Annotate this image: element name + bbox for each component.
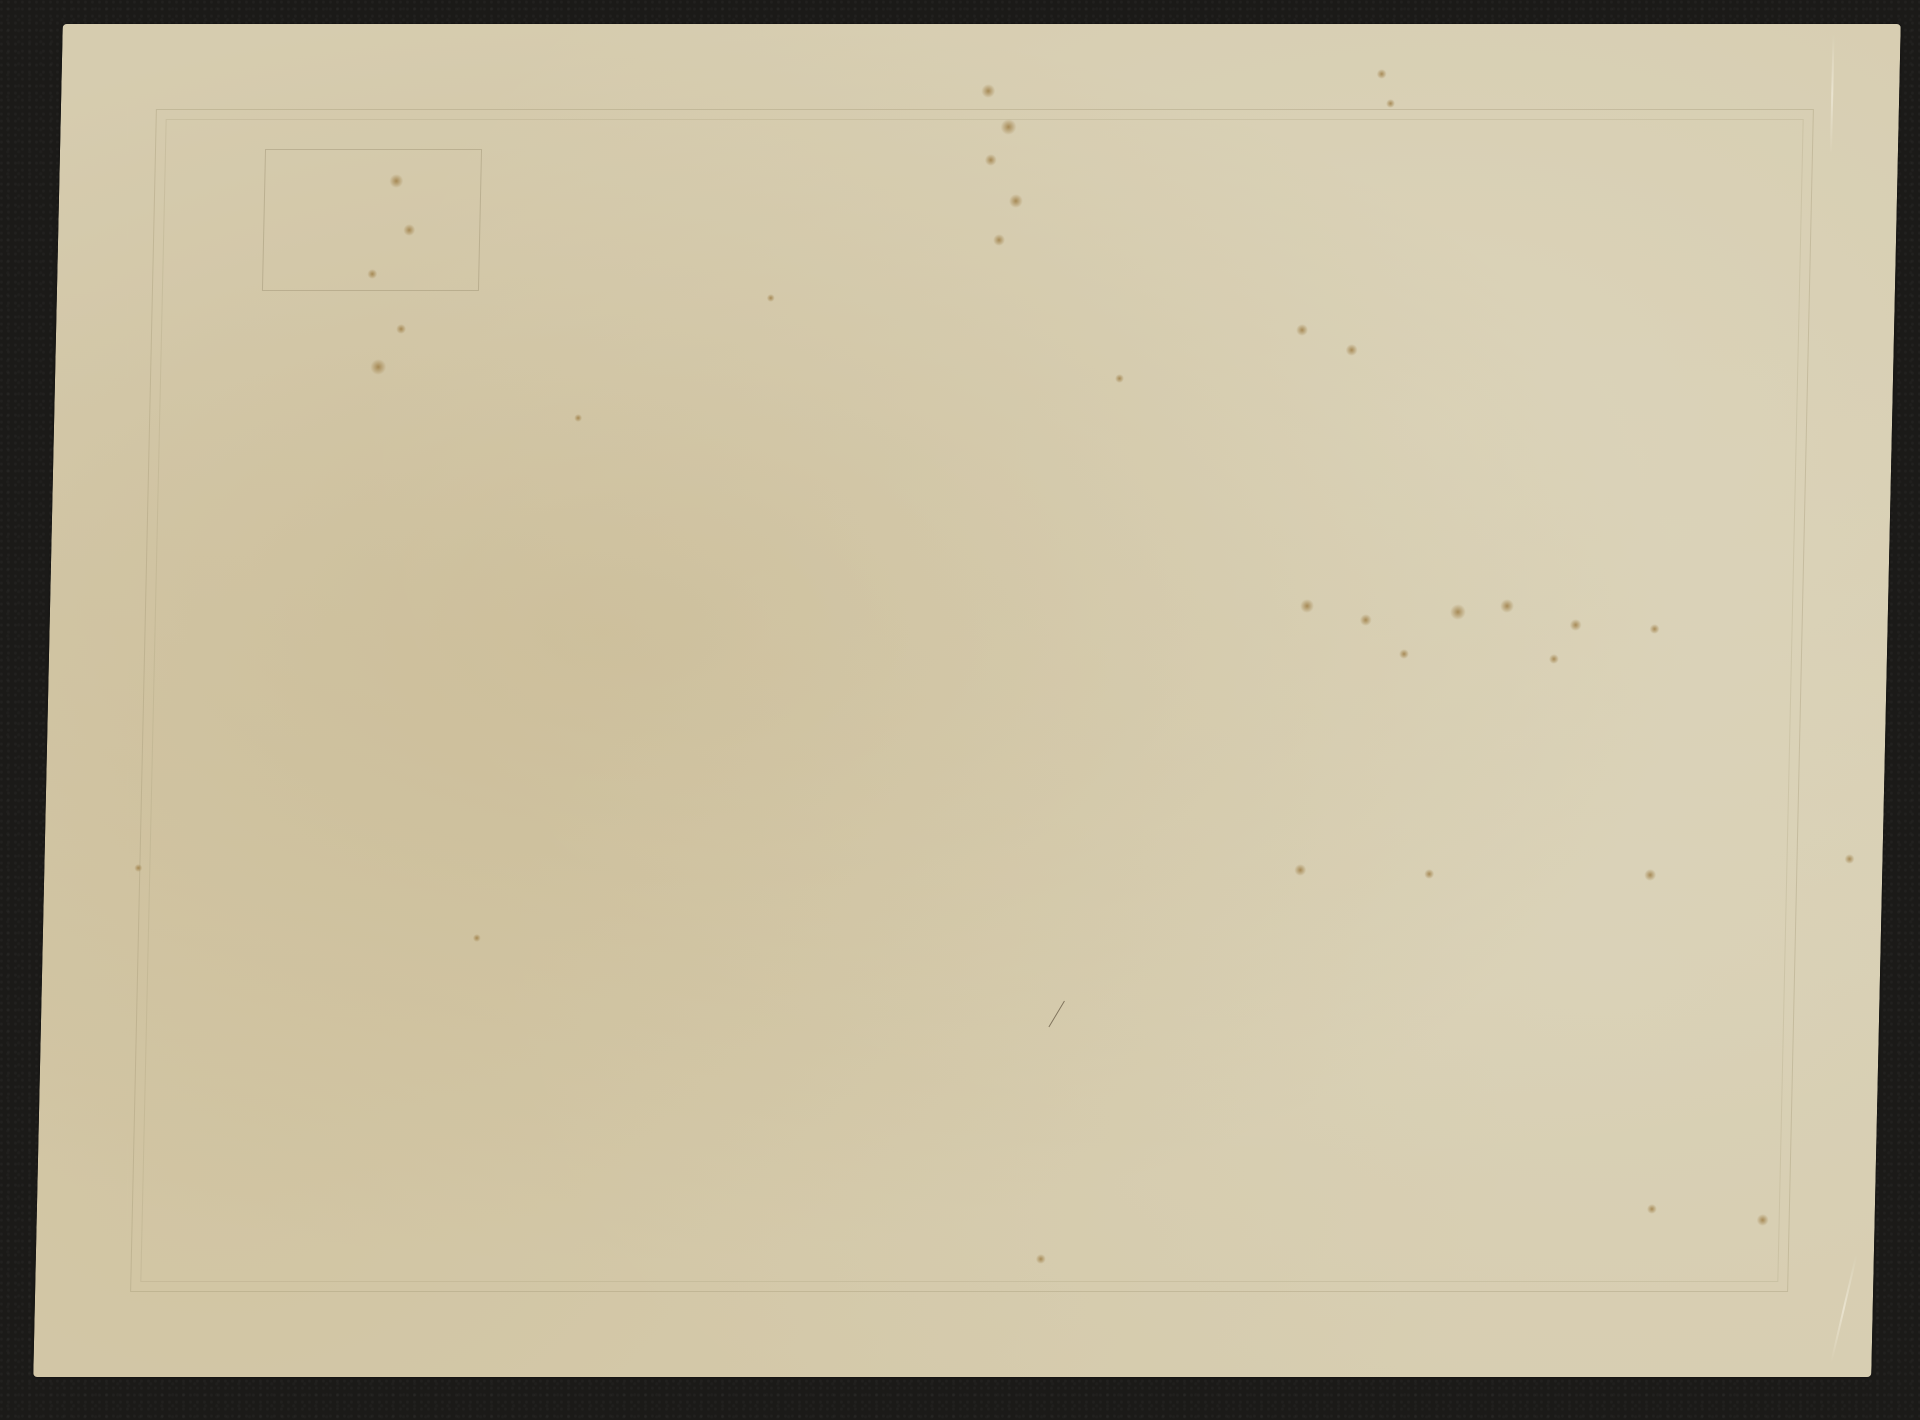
foxing-spot bbox=[1377, 69, 1387, 79]
foxing-spot bbox=[981, 84, 995, 98]
plate-mark-inner bbox=[140, 119, 1803, 1282]
paper-crease bbox=[1830, 1255, 1857, 1363]
foxing-spot bbox=[1844, 854, 1854, 864]
paper-sheet bbox=[33, 24, 1901, 1377]
foxing-spot bbox=[1386, 99, 1395, 108]
paper-crease bbox=[1830, 34, 1835, 154]
